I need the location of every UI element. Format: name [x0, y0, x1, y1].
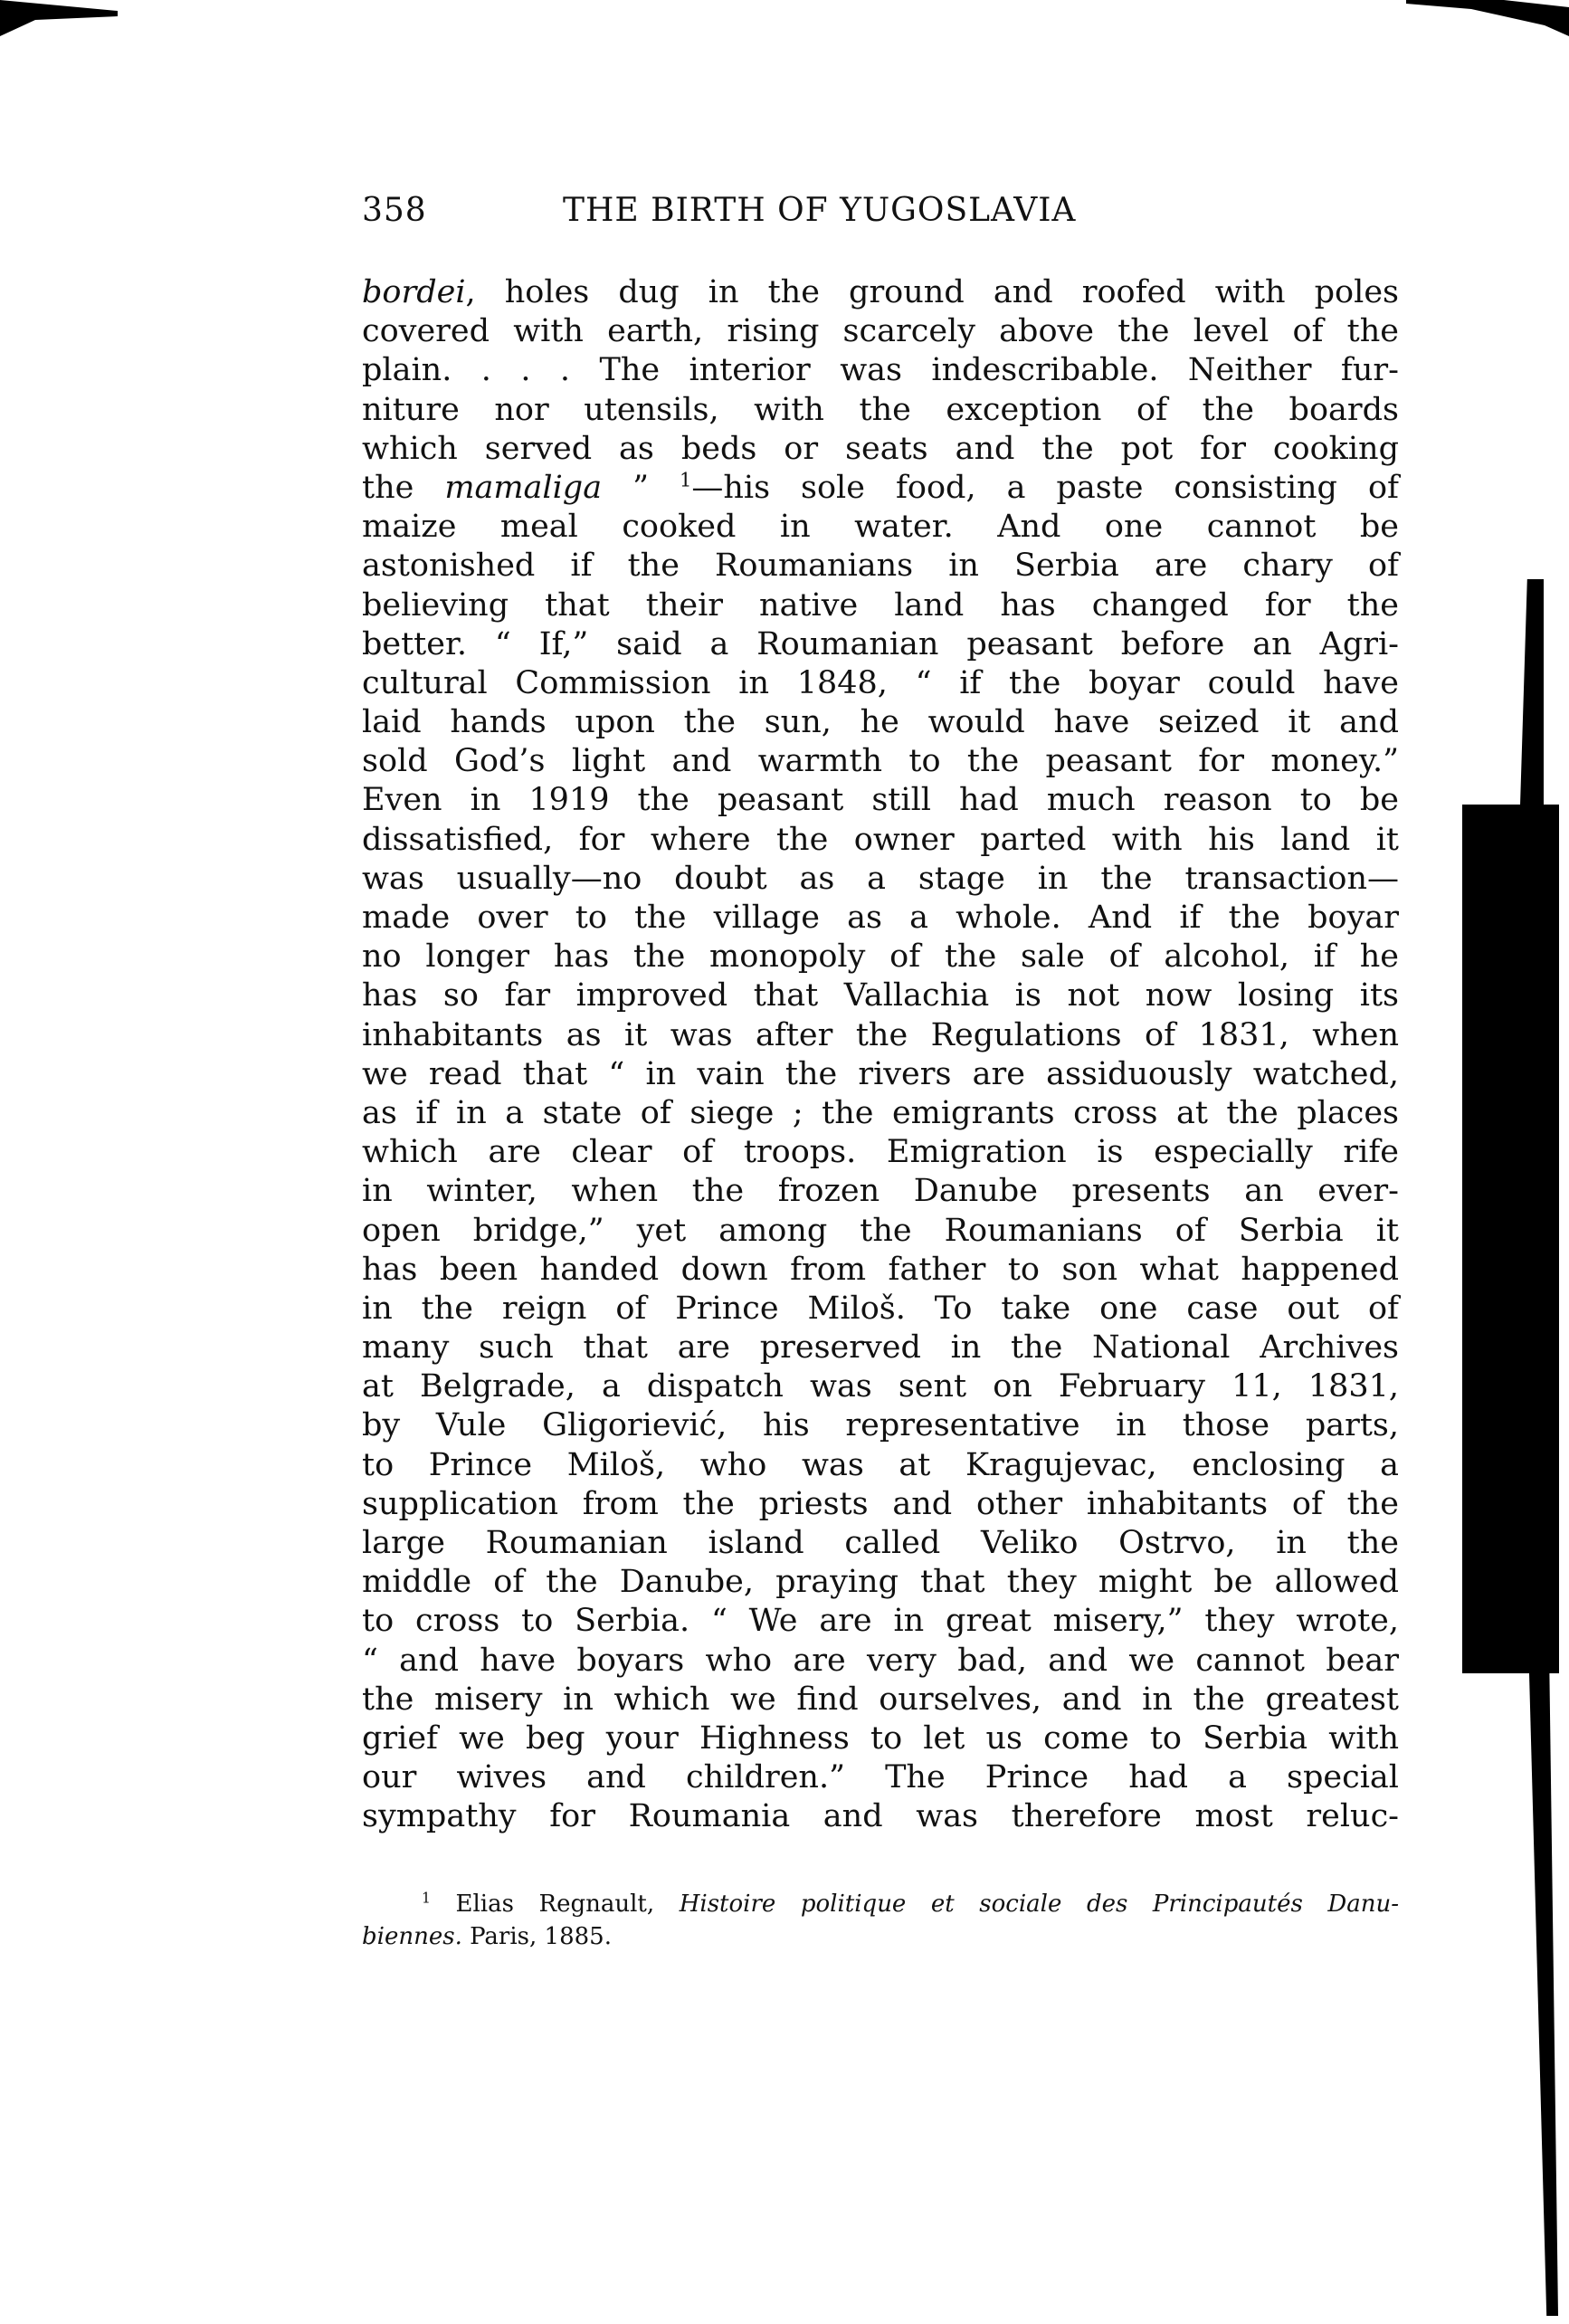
text-segment: large Roumanian island called Veliko Ost…: [362, 1525, 1399, 1561]
text-segment: in winter, when the frozen Danube presen…: [362, 1173, 1399, 1209]
running-title: THE BIRTH OF YUGOSLAVIA: [563, 192, 1076, 229]
body-text: bordei, holes dug in the ground and roof…: [362, 273, 1399, 1837]
text-segment: niture nor utensils, with the exception …: [362, 392, 1399, 428]
italic-term: bordei: [362, 274, 466, 310]
text-line: grief we beg your Highness to let us com…: [362, 1719, 1399, 1758]
text-segment: grief we beg your Highness to let us com…: [362, 1720, 1399, 1757]
text-segment: , holes dug in the ground and roofed wit…: [466, 274, 1399, 310]
text-line: has so far improved that Vallachia is no…: [362, 976, 1399, 1015]
scan-shadow-top-left: [0, 0, 118, 36]
footnote-title-cont: biennes.: [362, 1923, 462, 1950]
text-segment: believing that their native land has cha…: [362, 587, 1399, 624]
text-segment: plain. . . . The interior was indescriba…: [362, 352, 1399, 388]
footnote-line: biennes. Paris, 1885.: [362, 1920, 1399, 1953]
text-segment: cultural Commission in 1848, “ if the bo…: [362, 665, 1399, 701]
text-segment: has been handed down from father to son …: [362, 1252, 1399, 1288]
text-line: was usually—no doubt as a stage in the t…: [362, 860, 1399, 899]
footnote-marker: 1: [422, 1890, 431, 1906]
text-line: niture nor utensils, with the exception …: [362, 391, 1399, 430]
text-line: dissatisfied, for where the owner parted…: [362, 821, 1399, 860]
text-segment: ”: [602, 470, 680, 506]
text-segment: inhabitants as it was after the Regulati…: [362, 1017, 1399, 1053]
text-line: our wives and children.” The Prince had …: [362, 1758, 1399, 1797]
text-segment: in the reign of Prince Miloš. To take on…: [362, 1291, 1399, 1327]
text-line: made over to the village as a whole. And…: [362, 899, 1399, 938]
text-line: sold God’s light and warmth to the peasa…: [362, 742, 1399, 781]
text-line: maize meal cooked in water. And one cann…: [362, 508, 1399, 547]
text-line: open bridge,” yet among the Roumanians o…: [362, 1212, 1399, 1251]
running-head: 358 THE BIRTH OF YUGOSLAVIA: [362, 192, 1403, 237]
text-segment: which served as beds or seats and the po…: [362, 431, 1399, 467]
footnote-line: 1 Elias Regnault, Histoire politique et …: [362, 1888, 1399, 1920]
text-segment: was usually—no doubt as a stage in the t…: [362, 861, 1399, 897]
text-line: covered with earth, rising scarcely abov…: [362, 312, 1399, 351]
text-line: no longer has the monopoly of the sale o…: [362, 938, 1399, 976]
footnote-reference: 1: [680, 469, 691, 491]
scan-shadow-right-upper: [1520, 579, 1544, 805]
text-segment: open bridge,” yet among the Roumanians o…: [362, 1213, 1399, 1249]
text-segment: we read that “ in vain the rivers are as…: [362, 1056, 1399, 1092]
text-segment: Even in 1919 the peasant still had much …: [362, 782, 1399, 818]
footnote-title: Histoire politique et sociale des Princi…: [680, 1891, 1399, 1918]
text-segment: —his sole food, a paste consisting of: [691, 470, 1399, 506]
text-line: as if in a state of siege ; the emigrant…: [362, 1094, 1399, 1133]
text-line: has been handed down from father to son …: [362, 1251, 1399, 1290]
text-line: Even in 1919 the peasant still had much …: [362, 781, 1399, 820]
scan-shadow-top-right: [1406, 0, 1569, 36]
text-segment: no longer has the monopoly of the sale o…: [362, 938, 1399, 975]
text-line: laid hands upon the sun, he would have s…: [362, 703, 1399, 742]
text-line: many such that are preserved in the Nati…: [362, 1329, 1399, 1367]
text-segment: maize meal cooked in water. And one cann…: [362, 509, 1399, 545]
text-line: “ and have boyars who are very bad, and …: [362, 1642, 1399, 1681]
page-number: 358: [362, 192, 427, 229]
text-line: to Prince Miloš, who was at Kragujevac, …: [362, 1446, 1399, 1485]
text-segment: better. “ If,” said a Roumanian peasant …: [362, 626, 1399, 662]
text-line: inhabitants as it was after the Regulati…: [362, 1016, 1399, 1055]
text-segment: at Belgrade, a dispatch was sent on Febr…: [362, 1368, 1399, 1405]
text-segment: supplication from the priests and other …: [362, 1486, 1399, 1522]
text-segment: which are clear of troops. Emigration is…: [362, 1134, 1399, 1170]
scan-shadow-right-lower: [1529, 1673, 1558, 2316]
text-segment: to Prince Miloš, who was at Kragujevac, …: [362, 1447, 1399, 1483]
text-line: we read that “ in vain the rivers are as…: [362, 1055, 1399, 1094]
text-line: better. “ If,” said a Roumanian peasant …: [362, 625, 1399, 664]
text-segment: astonished if the Roumanians in Serbia a…: [362, 548, 1399, 584]
text-segment: covered with earth, rising scarcely abov…: [362, 313, 1399, 349]
text-line: plain. . . . The interior was indescriba…: [362, 351, 1399, 390]
text-segment: sold God’s light and warmth to the peasa…: [362, 743, 1399, 779]
text-line: the misery in which we find ourselves, a…: [362, 1681, 1399, 1719]
text-segment: dissatisfied, for where the owner parted…: [362, 822, 1399, 858]
footnote-author: Elias Regnault,: [431, 1891, 680, 1918]
text-segment: to cross to Serbia. “ We are in great mi…: [362, 1603, 1399, 1639]
text-segment: our wives and children.” The Prince had …: [362, 1759, 1399, 1795]
text-line: by Vule Gligoriević, his representative …: [362, 1406, 1399, 1445]
italic-term: mamaliga: [444, 470, 602, 506]
text-segment: has so far improved that Vallachia is no…: [362, 977, 1399, 1014]
scanned-book-page: 358 THE BIRTH OF YUGOSLAVIA bordei, hole…: [0, 0, 1569, 2324]
text-segment: the misery in which we find ourselves, a…: [362, 1681, 1399, 1718]
text-line: in the reign of Prince Miloš. To take on…: [362, 1290, 1399, 1329]
text-segment: made over to the village as a whole. And…: [362, 900, 1399, 936]
text-line: to cross to Serbia. “ We are in great mi…: [362, 1602, 1399, 1641]
footnote: 1 Elias Regnault, Histoire politique et …: [362, 1888, 1399, 1953]
text-line: middle of the Danube, praying that they …: [362, 1563, 1399, 1602]
text-line: supplication from the priests and other …: [362, 1485, 1399, 1524]
text-line: sympathy for Roumania and was therefore …: [362, 1797, 1399, 1836]
text-line: in winter, when the frozen Danube presen…: [362, 1172, 1399, 1211]
text-segment: laid hands upon the sun, he would have s…: [362, 704, 1399, 740]
text-line: cultural Commission in 1848, “ if the bo…: [362, 664, 1399, 703]
text-segment: sympathy for Roumania and was therefore …: [362, 1798, 1399, 1834]
text-segment: the: [362, 470, 444, 506]
text-segment: middle of the Danube, praying that they …: [362, 1564, 1399, 1600]
text-line: believing that their native land has cha…: [362, 586, 1399, 625]
text-line: which served as beds or seats and the po…: [362, 430, 1399, 469]
text-segment: many such that are preserved in the Nati…: [362, 1329, 1399, 1366]
scan-binding-shadow: [1462, 805, 1559, 1673]
text-segment: by Vule Gligoriević, his representative …: [362, 1407, 1399, 1443]
text-line: bordei, holes dug in the ground and roof…: [362, 273, 1399, 312]
text-line: at Belgrade, a dispatch was sent on Febr…: [362, 1367, 1399, 1406]
text-line: large Roumanian island called Veliko Ost…: [362, 1524, 1399, 1563]
text-segment: as if in a state of siege ; the emigrant…: [362, 1095, 1399, 1131]
text-line: astonished if the Roumanians in Serbia a…: [362, 547, 1399, 586]
footnote-publication: Paris, 1885.: [462, 1923, 612, 1950]
text-segment: “ and have boyars who are very bad, and …: [362, 1643, 1399, 1679]
text-line: the mamaliga ” 1—his sole food, a paste …: [362, 469, 1399, 508]
text-line: which are clear of troops. Emigration is…: [362, 1133, 1399, 1172]
